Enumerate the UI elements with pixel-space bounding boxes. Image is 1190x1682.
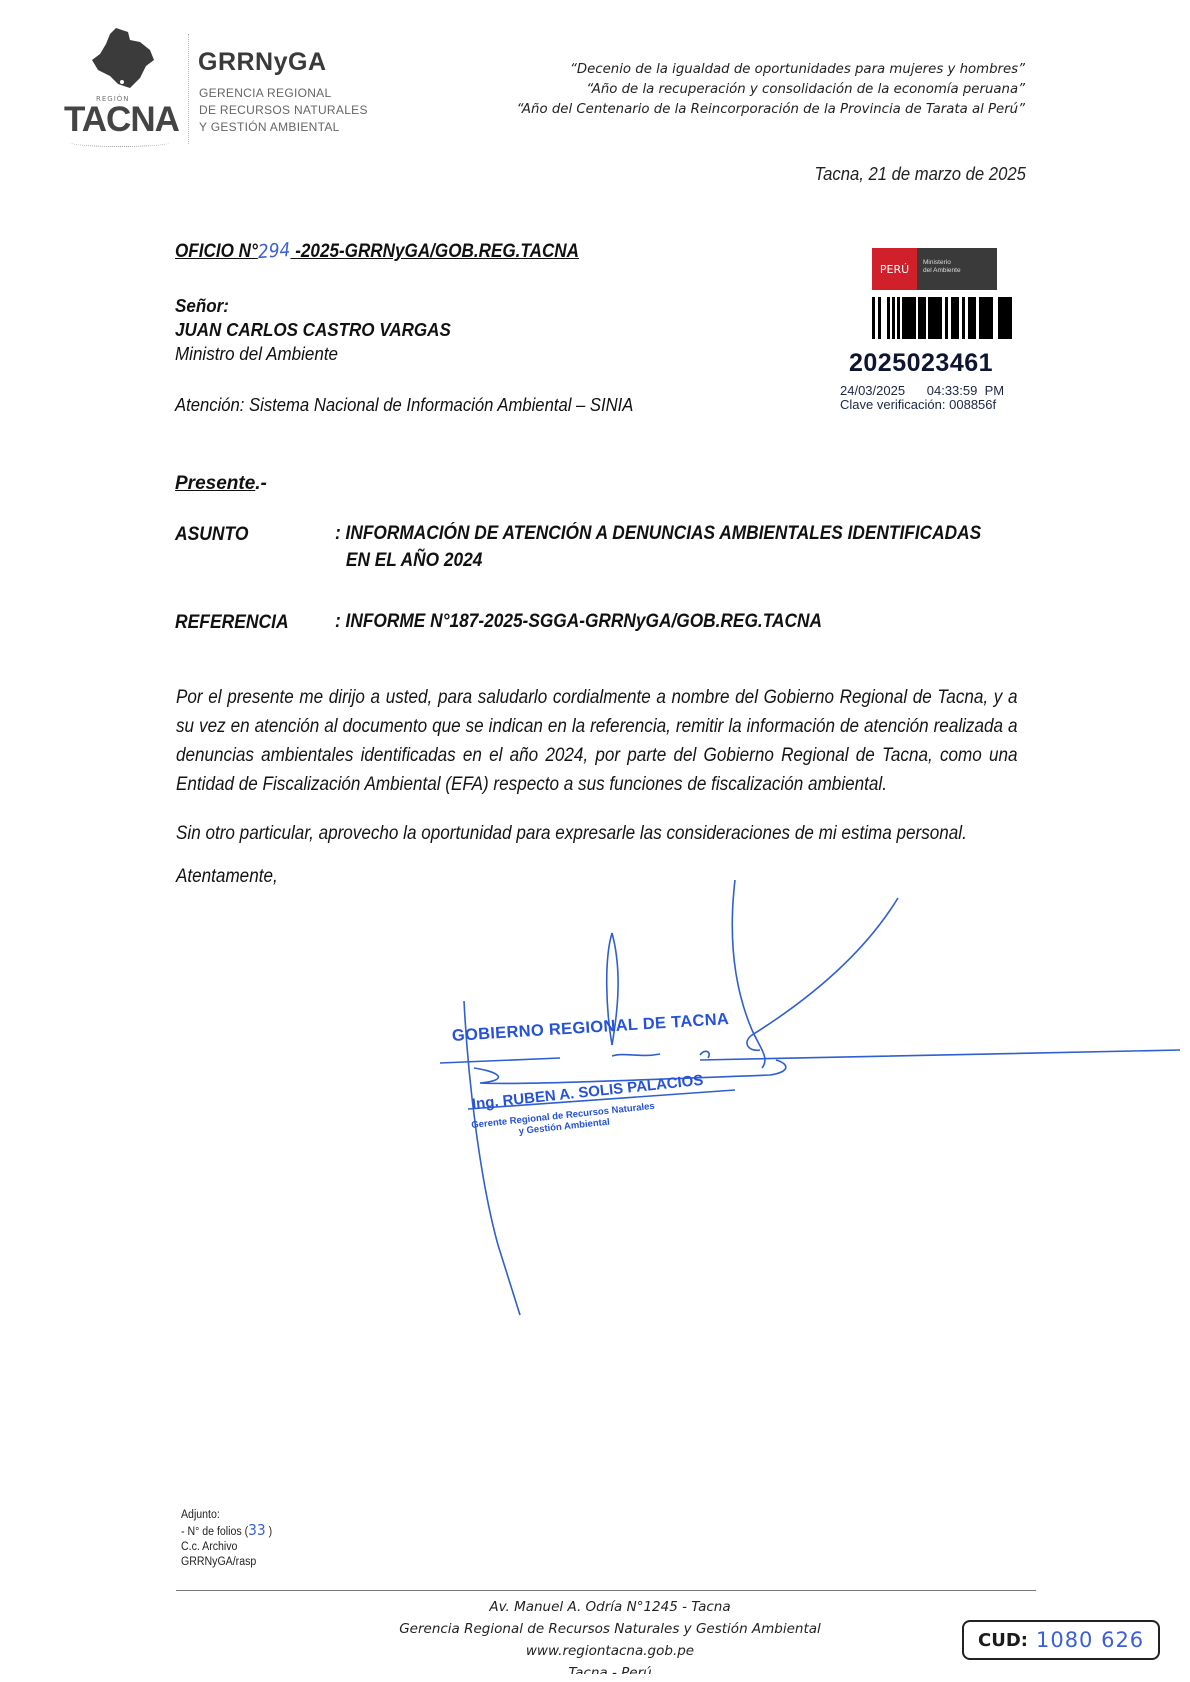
folios-prefix: - N° de folios (	[181, 1526, 248, 1538]
folios-suffix: )	[266, 1526, 272, 1538]
footer-address-block: Av. Manuel A. Odría N°1245 - Tacna Geren…	[380, 1596, 840, 1674]
footer-office: Gerencia Regional de Recursos Naturales …	[380, 1618, 840, 1640]
stamp-registry-number: 2025023461	[849, 349, 993, 378]
folios-count: 33	[248, 1521, 266, 1539]
footer-website: www.regiontacna.gob.pe	[380, 1640, 840, 1662]
asunto-value-line1: : INFORMACIÓN DE ATENCIÓN A DENUNCIAS AM…	[335, 520, 990, 547]
footer-city: Tacna - Perú	[380, 1662, 840, 1674]
asunto-value: : INFORMACIÓN DE ATENCIÓN A DENUNCIAS AM…	[335, 520, 990, 574]
stamp-date: 24/03/2025	[840, 383, 905, 398]
stamp-ministry-line1: Ministerio	[923, 259, 997, 267]
stamp-meta: 24/03/2025 04:33:59 PM Clave verificació…	[840, 384, 1004, 412]
ministry-stamp-logo: PERÚ Ministerio del Ambiente	[872, 248, 997, 290]
stamp-verification-label: Clave verificación:	[840, 397, 946, 412]
org-line-2: DE RECURSOS NATURALES	[199, 103, 368, 117]
barcode-icon	[870, 297, 1015, 339]
motto-2: “Año de la recuperación y consolidación …	[517, 80, 1025, 100]
logo-tacna-wordmark: TACNA	[64, 100, 179, 140]
stamp-ministry: Ministerio del Ambiente	[917, 248, 997, 290]
attention-line: Atención: Sistema Nacional de Informació…	[175, 394, 633, 416]
body-paragraph-1: Por el presente me dirijo a usted, para …	[176, 683, 1018, 799]
referencia-value: : INFORME N°187-2025-SGGA-GRRNyGA/GOB.RE…	[335, 608, 990, 635]
stamp-time: 04:33:59 PM	[927, 383, 1004, 398]
attachments-block: Adjunto: - N° de folios (33 ) C.c. Archi…	[181, 1508, 272, 1570]
referencia-label: REFERENCIA	[175, 612, 289, 634]
oficio-number: OFICIO N°294 -2025-GRRNyGA/GOB.REG.TACNA	[175, 240, 579, 263]
recipient-block: Señor: JUAN CARLOS CASTRO VARGAS Ministr…	[175, 294, 451, 366]
org-line-1: GERENCIA REGIONAL	[199, 86, 331, 100]
oficio-handwritten-number: 294	[257, 239, 291, 263]
footer-address: Av. Manuel A. Odría N°1245 - Tacna	[380, 1596, 840, 1618]
presente-text: Presente	[175, 473, 255, 494]
recipient-salutation: Señor:	[175, 294, 451, 318]
cc-line: C.c. Archivo	[181, 1540, 272, 1555]
asunto-value-line2: EN EL AÑO 2024	[335, 547, 990, 574]
seal-entity-name: GOBIERNO REGIONAL DE TACNA	[451, 1010, 729, 1046]
stamp-ministry-line2: del Ambiente	[923, 267, 997, 275]
footer-divider	[176, 1590, 1036, 1591]
recipient-name: JUAN CARLOS CASTRO VARGAS	[175, 318, 451, 342]
cud-box: CUD: 1080 626	[962, 1620, 1160, 1660]
logo-arc-decoration	[70, 138, 170, 147]
tacna-region-map-icon	[88, 26, 158, 92]
asunto-label: ASUNTO	[175, 524, 248, 546]
initials-line: GRRNyGA/rasp	[181, 1555, 272, 1570]
org-line-3: Y GESTIÓN AMBIENTAL	[199, 120, 340, 134]
body-paragraph-2: Sin otro particular, aprovecho la oportu…	[176, 819, 1018, 848]
stamp-verification-code: 008856f	[949, 397, 996, 412]
date-line: Tacna, 21 de marzo de 2025	[815, 163, 1026, 185]
cud-value: 1080 626	[1036, 1628, 1144, 1652]
motto-3: “Año del Centenario de la Reincorporació…	[517, 100, 1025, 120]
stamp-country: PERÚ	[872, 248, 917, 290]
presente-label: Presente.-	[175, 473, 267, 495]
recipient-title: Ministro del Ambiente	[175, 342, 451, 366]
oficio-suffix: -2025-GRRNyGA/GOB.REG.TACNA	[290, 241, 579, 262]
closing: Atentamente,	[176, 866, 278, 888]
oficio-prefix: OFICIO N°	[175, 241, 258, 262]
presente-suffix: .-	[255, 473, 267, 494]
logo-divider	[188, 34, 189, 144]
cud-label: CUD:	[978, 1630, 1028, 1651]
folios-line: - N° de folios (33 )	[181, 1523, 272, 1540]
official-year-mottos: “Decenio de la igualdad de oportunidades…	[517, 60, 1025, 120]
motto-1: “Decenio de la igualdad de oportunidades…	[517, 60, 1025, 80]
org-acronym: GRRNyGA	[198, 48, 327, 77]
